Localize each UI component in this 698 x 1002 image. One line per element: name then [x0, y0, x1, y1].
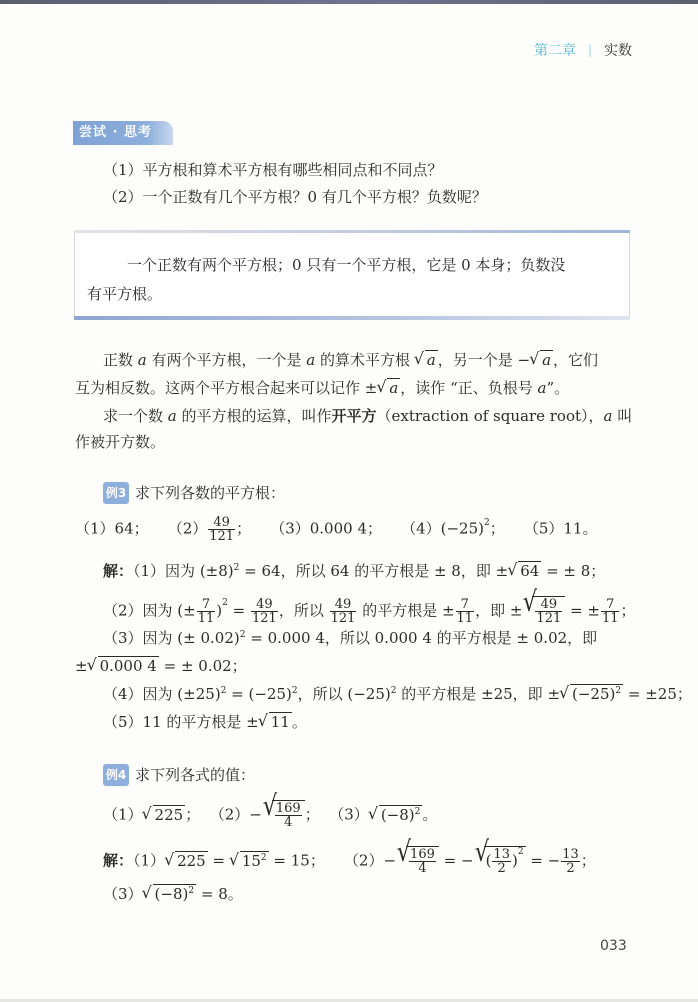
text: = 8。 — [196, 885, 243, 903]
text: ，所以 (−25) — [298, 685, 391, 703]
example-3-items: （1）64； （2）49121； （3）0.000 4； （4）(−25)2； … — [75, 516, 597, 543]
item-4: （4）(−25) — [401, 520, 484, 538]
denominator: 4 — [409, 862, 436, 875]
denominator: 11 — [601, 612, 620, 625]
text: = 64，所以 64 的平方根是 ± 8，即 ± — [239, 562, 508, 580]
text: 正数 — [103, 351, 138, 369]
text: ； — [620, 602, 635, 620]
text: = ± 8； — [541, 562, 605, 580]
radicand: 152 — [240, 851, 269, 870]
text: (−8) — [381, 806, 415, 824]
fraction: 49121 — [208, 516, 235, 543]
term-extraction: 开平方 — [332, 407, 377, 425]
box-bottom-border — [74, 316, 630, 320]
text: 。 — [422, 806, 437, 824]
text: 的平方根的运算，叫作 — [177, 407, 332, 425]
fraction: 711 — [456, 598, 475, 625]
numerator: 13 — [561, 848, 580, 862]
text: = 15； — [269, 852, 325, 870]
text: （1）因为 (±8) — [133, 562, 234, 580]
radicand: 225 — [153, 805, 186, 824]
exponent: 2 — [415, 807, 421, 817]
page-number: 033 — [600, 938, 627, 954]
text: ，它们 — [553, 351, 598, 369]
numerator: 13 — [492, 848, 511, 862]
question-2: （2）一个正数有几个平方根？0 有几个平方根？负数呢？ — [103, 187, 487, 207]
denominator: 4 — [275, 816, 302, 829]
denominator: 121 — [208, 530, 235, 543]
exponent: 2 — [391, 686, 397, 696]
summary-box: 一个正数有两个平方根；0 只有一个平方根，它是 0 本身；负数没 有平方根。 — [74, 230, 630, 320]
example-3-badge: 例3 — [103, 482, 129, 504]
fraction: 1694 — [275, 802, 302, 829]
example-4-prompt: 求下列各式的值： — [135, 765, 255, 785]
sqrt-11: 11 — [260, 712, 292, 732]
paragraph-2-line-2: 作被开方数。 — [75, 432, 165, 452]
sqrt-neg25-squared: (−25)2 — [561, 684, 623, 704]
text: = ± 0.02； — [159, 657, 247, 675]
text: 有两个平方根，一个是 — [147, 351, 307, 369]
exponent: 2 — [240, 630, 246, 640]
numerator: 7 — [456, 598, 475, 612]
sqrt-225: 225 — [166, 851, 208, 871]
numerator: 49 — [330, 598, 357, 612]
section-title: 实数 — [604, 40, 632, 60]
text: （2）因为 (± — [103, 602, 196, 620]
paragraph-2-line-1: 求一个数 a 的平方根的运算，叫作开平方（extraction of squar… — [103, 406, 632, 426]
text: ； — [490, 520, 505, 538]
text: 的平方根是 ±25，即 ± — [396, 685, 560, 703]
sqrt-225: 225 — [144, 805, 186, 825]
text: ，所以 — [279, 602, 329, 620]
exponent: 2 — [615, 686, 621, 696]
text: （3） — [103, 885, 143, 903]
fraction: 711 — [601, 598, 620, 625]
numerator: 7 — [601, 598, 620, 612]
item-3: （3）0.000 4； — [270, 520, 382, 538]
var-a: a — [306, 351, 315, 369]
example-3-solution-2: （2）因为 (±711)2 = 49121，所以 49121 的平方根是 ±71… — [103, 596, 636, 625]
sqrt-a: a — [531, 350, 553, 370]
sqrt-0.0004: 0.000 4 — [89, 656, 159, 676]
paragraph-1-line-1: 正数 a 有两个平方根，一个是 a 的算术平方根 a，另一个是 −a，它们 — [103, 350, 598, 370]
text: ，读作 “正、负根号 — [400, 379, 537, 397]
running-header: 第二章 | 实数 — [534, 40, 632, 60]
text: （extraction of square root）， — [377, 407, 604, 425]
denominator: 2 — [561, 862, 580, 875]
denominator: 11 — [197, 612, 216, 625]
text: （1） — [103, 806, 143, 824]
numerator: 169 — [275, 802, 302, 816]
item-5: （5）11。 — [524, 520, 598, 538]
sqrt-15-squared: 152 — [231, 851, 269, 871]
example-3-solution-3: （3）因为 (± 0.02)2 = 0.000 4，所以 0.000 4 的平方… — [103, 628, 597, 648]
sqrt-neg8-squared: (−8)2 — [370, 805, 423, 825]
radicand: a — [425, 350, 438, 369]
sqrt-fraction: 49121 — [523, 596, 565, 625]
text: ； — [236, 520, 251, 538]
numerator: 7 — [197, 598, 216, 612]
chapter-label: 第二章 — [534, 40, 576, 60]
question-1: （1）平方根和算术平方根有哪些相同点和不同点？ — [103, 160, 443, 180]
numerator: 49 — [535, 598, 562, 612]
example-4-solution-3: （3）(−8)2 = 8。 — [103, 884, 243, 904]
text: 叫 — [612, 407, 632, 425]
fraction: 49121 — [330, 598, 357, 625]
item-1: （1）64； — [75, 520, 149, 538]
radicand: 49121 — [532, 596, 565, 625]
denominator: 121 — [330, 612, 357, 625]
text: = 0.000 4，所以 0.000 4 的平方根是 ± 0.02，即 — [246, 629, 598, 647]
text: 求一个数 — [103, 407, 168, 425]
fraction: 711 — [197, 598, 216, 625]
example-3-solution-3-cont: ±0.000 4 = ± 0.02； — [75, 656, 247, 676]
fraction: 49121 — [251, 598, 278, 625]
text: 。 — [292, 713, 307, 731]
text: （3） — [329, 806, 369, 824]
fraction: 132 — [561, 848, 580, 875]
example-3-solution-4: （4）因为 (±25)2 = (−25)2，所以 (−25)2 的平方根是 ±2… — [103, 684, 692, 704]
radicand: 1694 — [272, 800, 305, 829]
exponent: 2 — [292, 686, 298, 696]
radicand: 1694 — [406, 846, 439, 875]
text: = ±25； — [623, 685, 692, 703]
text: ”。 — [546, 379, 569, 397]
item-2-label: （2） — [168, 520, 208, 538]
box-top-border — [74, 230, 630, 233]
radicand: 64 — [518, 561, 541, 580]
denominator: 2 — [492, 862, 511, 875]
fraction: 49121 — [535, 598, 562, 625]
exponent: 2 — [518, 847, 524, 857]
try-think-badge: 尝试 · 思考 — [73, 121, 173, 145]
text: （1） — [133, 852, 165, 870]
text: ； — [305, 806, 320, 824]
text: （5）11 的平方根是 ± — [103, 713, 259, 731]
text: （3）因为 (± 0.02) — [103, 629, 240, 647]
radicand: (−8)2 — [379, 805, 423, 824]
fraction: 1694 — [409, 848, 436, 875]
example-4-items: （1）225； （2）−1694； （3）(−8)2。 — [103, 800, 437, 829]
exponent: 2 — [261, 853, 267, 863]
example-3-prompt: 求下列各数的平方根： — [135, 483, 285, 503]
text: (−8) — [155, 885, 189, 903]
text: 的算术平方根 — [315, 351, 415, 369]
var-a: a — [168, 407, 177, 425]
sqrt-neg8-squared: (−8)2 — [144, 884, 197, 904]
text: 的平方根是 ± — [357, 602, 454, 620]
text: ； — [581, 852, 596, 870]
sqrt-13-over-2-squared: (132)2 — [475, 846, 526, 875]
solution-label: 解： — [103, 562, 133, 580]
example-4-badge: 例4 — [103, 764, 129, 786]
numerator: 169 — [409, 848, 436, 862]
radicand: (132)2 — [484, 846, 526, 875]
var-a: a — [138, 351, 147, 369]
text: （2）− — [210, 806, 262, 824]
text: 15 — [242, 852, 261, 870]
sqrt-a: a — [378, 378, 400, 398]
numerator: 49 — [251, 598, 278, 612]
header-separator: | — [588, 43, 592, 57]
sqrt-169-over-4: 1694 — [397, 846, 439, 875]
text: （2）− — [344, 852, 396, 870]
numerator: 49 — [208, 516, 235, 530]
text: = ± — [565, 602, 600, 620]
denominator: 11 — [456, 612, 475, 625]
text: = — [228, 602, 250, 620]
text: = − — [526, 852, 561, 870]
radicand: 11 — [269, 712, 292, 731]
text: ，即 ± — [475, 602, 522, 620]
text: = − — [439, 852, 474, 870]
solution-label: 解： — [103, 852, 133, 870]
radicand: (−8)2 — [153, 884, 197, 903]
text: ，另一个是 − — [438, 351, 530, 369]
exponent: 2 — [484, 518, 490, 528]
radicand: 225 — [175, 851, 208, 870]
radicand: (−25)2 — [570, 684, 623, 703]
sqrt-a: a — [416, 350, 438, 370]
radicand: 0.000 4 — [98, 656, 159, 675]
text: 互为相反数。这两个平方根合起来可以记作 ± — [75, 379, 377, 397]
denominator: 121 — [251, 612, 278, 625]
denominator: 121 — [535, 612, 562, 625]
text: (−25) — [572, 685, 615, 703]
example-3-solution-1: 解：（1）因为 (±8)2 = 64，所以 64 的平方根是 ± 8，即 ±64… — [103, 561, 605, 581]
exponent: 2 — [234, 563, 240, 573]
radicand: a — [540, 350, 553, 369]
example-4-solution-1-2: 解：（1）225 = 152 = 15； （2）−1694 = −(132)2 … — [103, 846, 596, 875]
paragraph-1-line-2: 互为相反数。这两个平方根合起来可以记作 ±a，读作 “正、负根号 a”。 — [75, 378, 569, 398]
scan-edge-top — [0, 0, 698, 4]
text: （4）因为 (±25) — [103, 685, 221, 703]
exponent: 2 — [188, 886, 194, 896]
text: = (−25) — [226, 685, 291, 703]
sqrt-169-over-4: 1694 — [263, 800, 305, 829]
text: = — [208, 852, 230, 870]
summary-line-2: 有平方根。 — [87, 284, 162, 304]
summary-line-1: 一个正数有两个平方根；0 只有一个平方根，它是 0 本身；负数没 — [127, 255, 565, 275]
sqrt-64: 64 — [509, 561, 541, 581]
exponent: 2 — [221, 686, 227, 696]
text: ； — [185, 806, 200, 824]
example-3-solution-5: （5）11 的平方根是 ±11。 — [103, 712, 307, 732]
radicand: a — [387, 378, 400, 397]
fraction: 132 — [492, 848, 511, 875]
exponent: 2 — [222, 598, 228, 608]
